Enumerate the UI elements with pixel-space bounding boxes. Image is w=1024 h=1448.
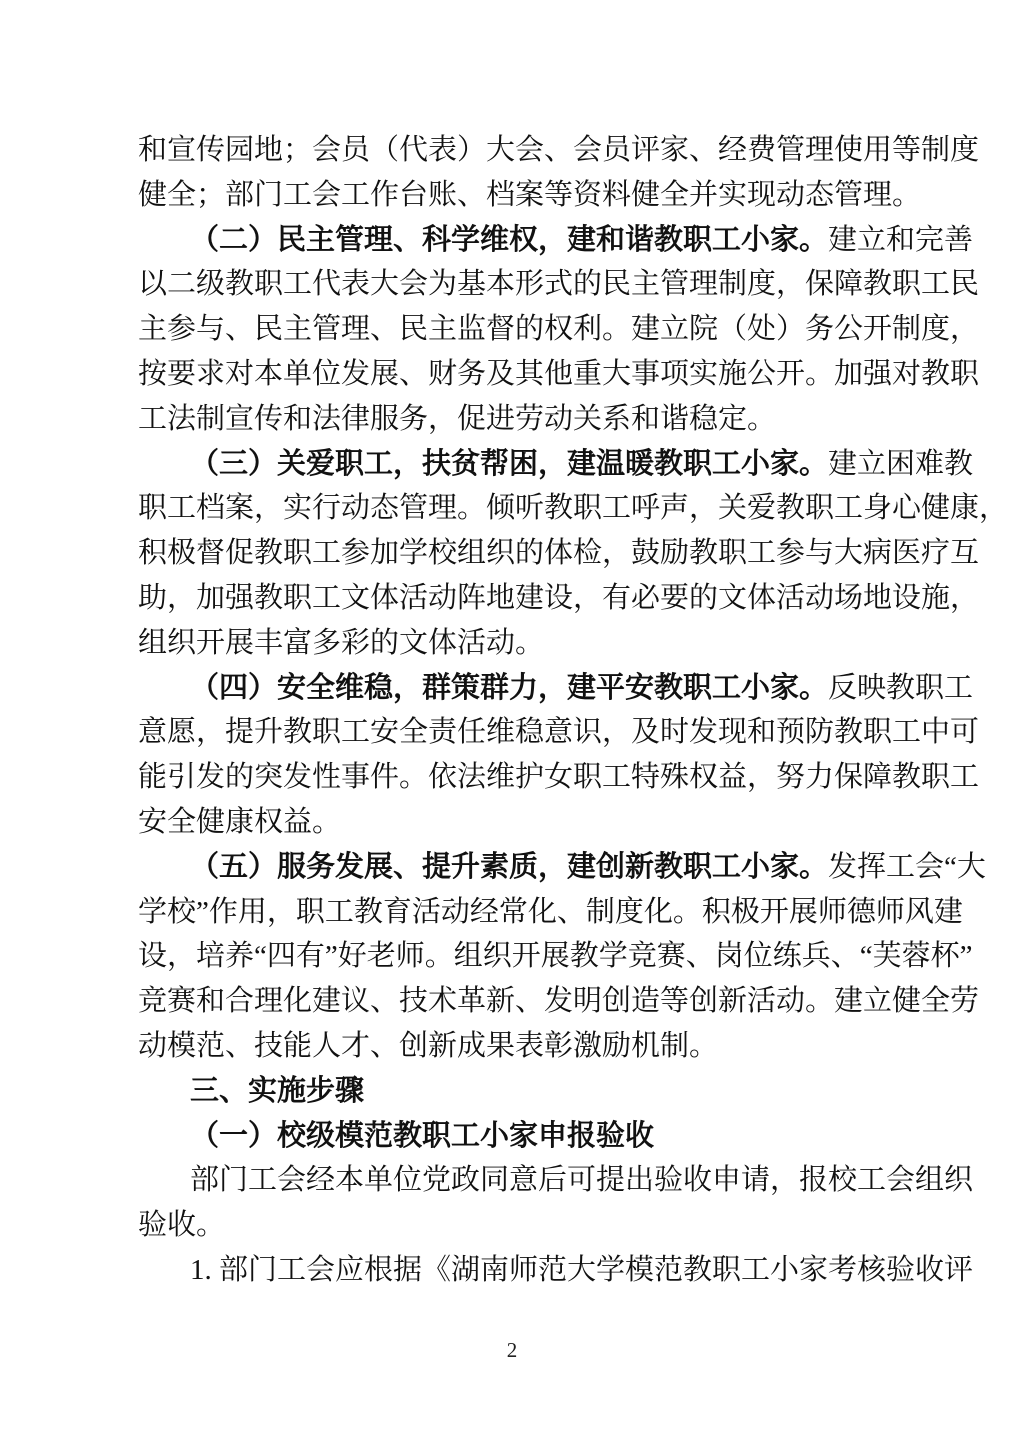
body-text: 组织开展丰富多彩的文体活动。 <box>138 627 544 659</box>
paragraph-line: 安全健康权益。 <box>138 800 907 845</box>
paragraph-line: 组织开展丰富多彩的文体活动。 <box>138 621 907 666</box>
paragraph-line: 设，培养“四有”好老师。组织开展教学竞赛、岗位练兵、“芙蓉杯” <box>138 934 907 979</box>
paragraph-line: 动模范、技能人才、创新成果表彰激励机制。 <box>138 1024 907 1069</box>
section-heading-line: （一）校级模范教职工小家申报验收 <box>138 1114 907 1159</box>
section-heading-line: （三）关爱职工，扶贫帮困，建温暖教职工小家。建立困难教 <box>138 442 907 487</box>
body-text: 动模范、技能人才、创新成果表彰激励机制。 <box>138 1030 718 1062</box>
body-text: 工法制宣传和法律服务，促进劳动关系和谐稳定。 <box>138 403 776 435</box>
paragraph-line: 助，加强教职工文体活动阵地建设，有必要的文体活动场地设施， <box>138 576 907 621</box>
page-number: 2 <box>0 1338 1024 1363</box>
body-text: 验收。 <box>138 1209 225 1241</box>
section-heading-line: （五）服务发展、提升素质，建创新教职工小家。发挥工会“大 <box>138 845 907 890</box>
body-text: 和宣传园地；会员（代表）大会、会员评家、经费管理使用等制度 <box>138 134 979 166</box>
paragraph-line: 部门工会经本单位党政同意后可提出验收申请，报校工会组织 <box>138 1158 907 1203</box>
body-text: 意愿，提升教职工安全责任维稳意识，及时发现和预防教职工中可 <box>138 716 979 748</box>
chapter-heading-line: 三、实施步骤 <box>138 1069 907 1114</box>
paragraph-line: 按要求对本单位发展、财务及其他重大事项实施公开。加强对教职 <box>138 352 907 397</box>
paragraph-line: 竞赛和合理化建议、技术革新、发明创造等创新活动。建立健全劳 <box>138 979 907 1024</box>
paragraph-line: 学校”作用，职工教育活动经常化、制度化。积极开展师德师风建 <box>138 890 907 935</box>
paragraph-line: 职工档案，实行动态管理。倾听教职工呼声，关爱教职工身心健康， <box>138 486 907 531</box>
paragraph-line: 积极督促教职工参加学校组织的体检，鼓励教职工参与大病医疗互 <box>138 531 907 576</box>
section-heading-text: （二）民主管理、科学维权，建和谐教职工小家。 <box>190 224 828 256</box>
document-page: 和宣传园地；会员（代表）大会、会员评家、经费管理使用等制度 健全；部门工会工作台… <box>0 0 1024 1448</box>
paragraph-line: 主参与、民主管理、民主监督的权利。建立院（处）务公开制度， <box>138 307 907 352</box>
paragraph-line: 能引发的突发性事件。依法维护女职工特殊权益，努力保障教职工 <box>138 755 907 800</box>
chapter-heading-text: 三、实施步骤 <box>190 1075 364 1107</box>
body-text: 安全健康权益。 <box>138 806 341 838</box>
body-text: 积极督促教职工参加学校组织的体检，鼓励教职工参与大病医疗互 <box>138 537 979 569</box>
section-heading-text: （一）校级模范教职工小家申报验收 <box>190 1120 654 1152</box>
body-text: 1. 部门工会应根据《湖南师范大学模范教职工小家考核验收评 <box>190 1254 973 1286</box>
paragraph-line: 工法制宣传和法律服务，促进劳动关系和谐稳定。 <box>138 397 907 442</box>
body-text: 职工档案，实行动态管理。倾听教职工呼声，关爱教职工身心健康， <box>138 492 1008 524</box>
section-heading-text: （四）安全维稳，群策群力，建平安教职工小家。 <box>190 672 828 704</box>
body-text: 学校”作用，职工教育活动经常化、制度化。积极开展师德师风建 <box>138 896 963 928</box>
body-text: 反映教职工 <box>828 672 973 704</box>
paragraph-line: 意愿，提升教职工安全责任维稳意识，及时发现和预防教职工中可 <box>138 710 907 755</box>
section-heading-line: （二）民主管理、科学维权，建和谐教职工小家。建立和完善 <box>138 218 907 263</box>
paragraph-line: 1. 部门工会应根据《湖南师范大学模范教职工小家考核验收评 <box>138 1248 907 1293</box>
body-text: 部门工会经本单位党政同意后可提出验收申请，报校工会组织 <box>190 1164 973 1196</box>
body-text: 能引发的突发性事件。依法维护女职工特殊权益，努力保障教职工 <box>138 761 979 793</box>
body-text: 以二级教职工代表大会为基本形式的民主管理制度，保障教职工民 <box>138 268 979 300</box>
section-heading-text: （三）关爱职工，扶贫帮困，建温暖教职工小家。 <box>190 448 828 480</box>
body-text: 按要求对本单位发展、财务及其他重大事项实施公开。加强对教职 <box>138 358 979 390</box>
paragraph-line: 和宣传园地；会员（代表）大会、会员评家、经费管理使用等制度 <box>138 128 907 173</box>
body-text: 竞赛和合理化建议、技术革新、发明创造等创新活动。建立健全劳 <box>138 985 979 1017</box>
body-text: 设，培养“四有”好老师。组织开展教学竞赛、岗位练兵、“芙蓉杯” <box>138 940 973 972</box>
section-heading-line: （四）安全维稳，群策群力，建平安教职工小家。反映教职工 <box>138 666 907 711</box>
paragraph-line: 以二级教职工代表大会为基本形式的民主管理制度，保障教职工民 <box>138 262 907 307</box>
body-text: 主参与、民主管理、民主监督的权利。建立院（处）务公开制度， <box>138 313 979 345</box>
paragraph-line: 健全；部门工会工作台账、档案等资料健全并实现动态管理。 <box>138 173 907 218</box>
body-text: 健全；部门工会工作台账、档案等资料健全并实现动态管理。 <box>138 179 921 211</box>
body-text: 建立和完善 <box>828 224 973 256</box>
body-text: 助，加强教职工文体活动阵地建设，有必要的文体活动场地设施， <box>138 582 979 614</box>
section-heading-text: （五）服务发展、提升素质，建创新教职工小家。 <box>190 851 828 883</box>
body-text: 发挥工会“大 <box>828 851 986 883</box>
document-body: 和宣传园地；会员（代表）大会、会员评家、经费管理使用等制度 健全；部门工会工作台… <box>138 128 907 1293</box>
body-text: 建立困难教 <box>828 448 973 480</box>
paragraph-line: 验收。 <box>138 1203 907 1248</box>
